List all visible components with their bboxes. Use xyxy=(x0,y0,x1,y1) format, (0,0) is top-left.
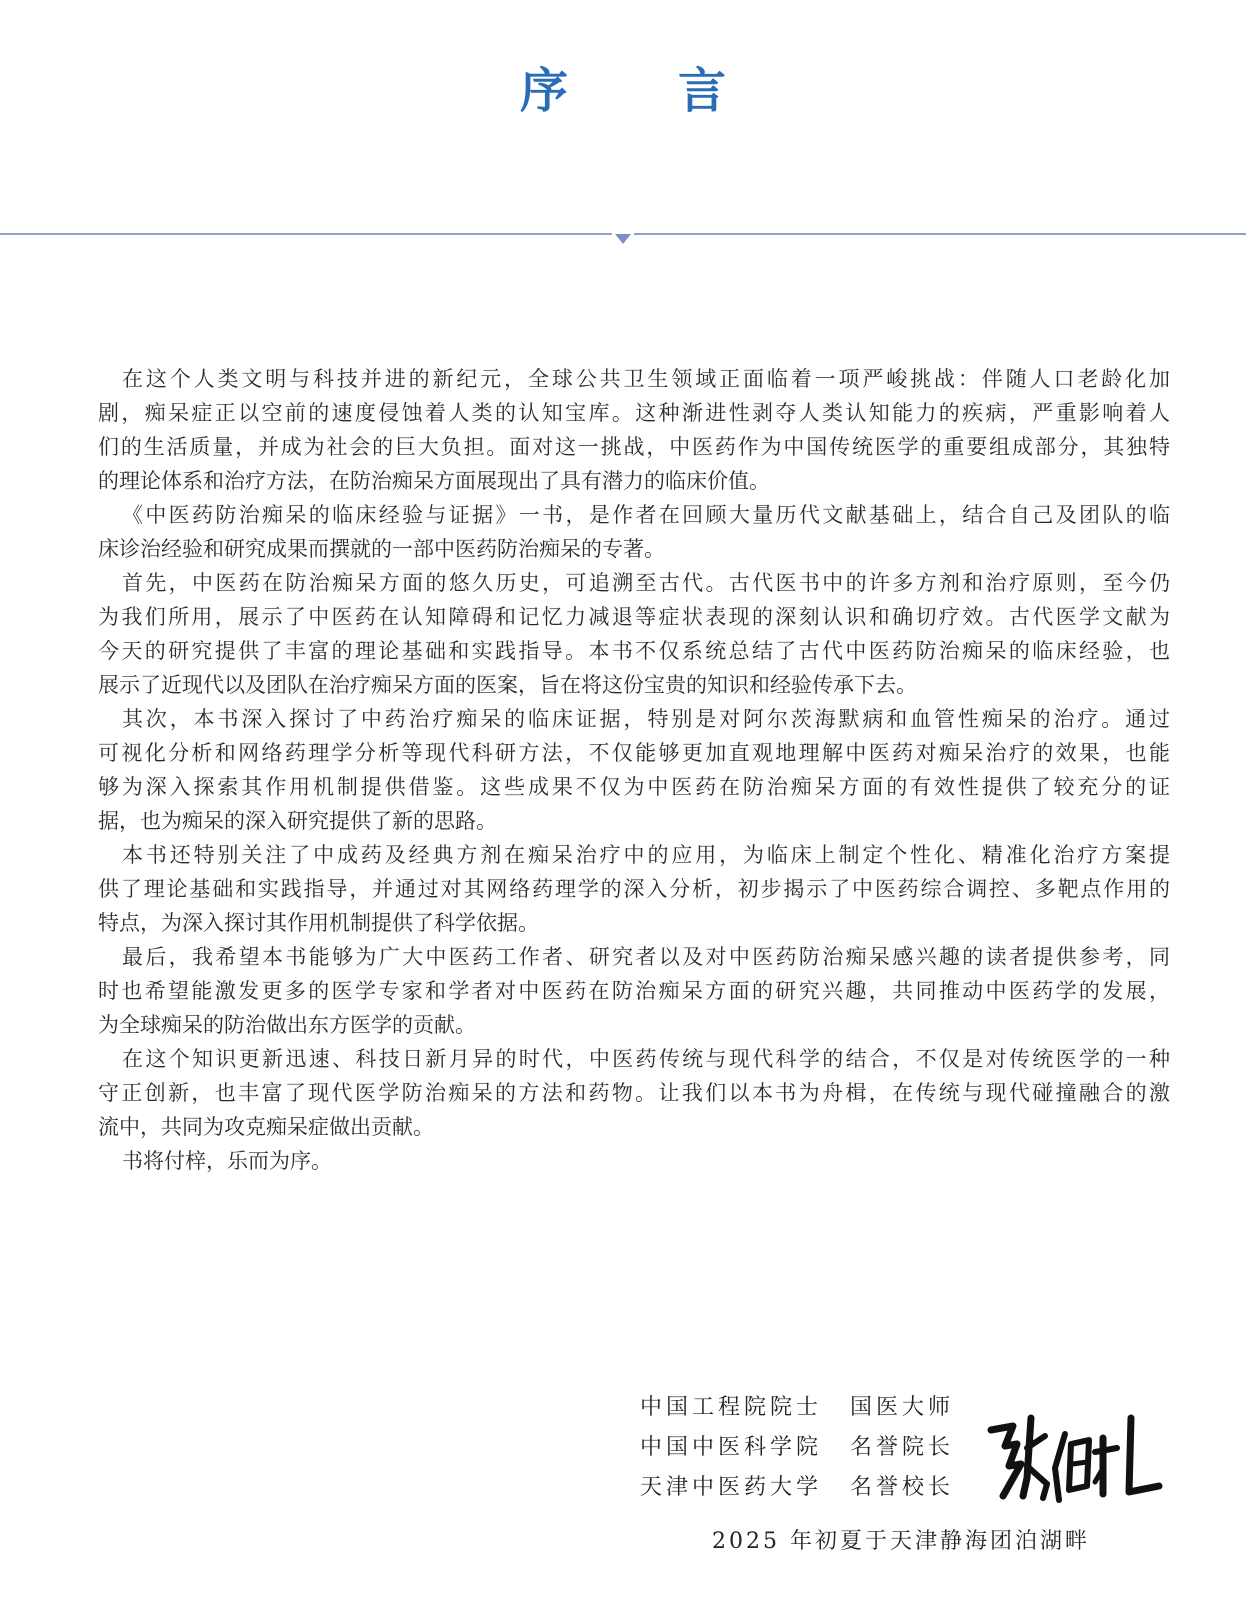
handwritten-signature: 張伯礼 xyxy=(983,1408,1163,1508)
text-line: 可视化分析和网络药理学分析等现代科研方法，不仅能够更加直观地理解中医药对痴呆治疗… xyxy=(98,736,1170,770)
text-line: 《中医药防治痴呆的临床经验与证据》一书，是作者在回顾大量历代文献基础上，结合自己… xyxy=(98,498,1170,532)
text-line: 据，也为痴呆的深入研究提供了新的思路。 xyxy=(98,804,1170,838)
text-line: 今天的研究提供了丰富的理论基础和实践指导。本书不仅系统总结了古代中医药防治痴呆的… xyxy=(98,634,1170,668)
text-line: 展示了近现代以及团队在治疗痴呆方面的医案，旨在将这份宝贵的知识和经验传承下去。 xyxy=(98,668,1170,702)
text-line: 流中，共同为攻克痴呆症做出贡献。 xyxy=(98,1110,1170,1144)
credential-role: 名誉校长 xyxy=(850,1468,954,1508)
text-line: 最后，我希望本书能够为广大中医药工作者、研究者以及对中医药防治痴呆感兴趣的读者提… xyxy=(98,940,1170,974)
preface-body: 在这个人类文明与科技并进的新纪元，全球公共卫生领域正面临着一项严峻挑战：伴随人口… xyxy=(98,362,1170,1178)
triangle-down-icon xyxy=(615,234,631,244)
date-place-line: 2025 年初夏于天津静海团泊湖畔 xyxy=(712,1524,1090,1555)
page-title: 序言 xyxy=(0,52,1246,121)
divider-line-left xyxy=(0,233,612,235)
credential-org: 中国中医科学院 xyxy=(640,1428,850,1468)
text-line: 本书还特别关注了中成药及经典方剂在痴呆治疗中的应用，为临床上制定个性化、精准化治… xyxy=(98,838,1170,872)
text-line: 特点，为深入探讨其作用机制提供了科学依据。 xyxy=(98,906,1170,940)
text-line: 为我们所用，展示了中医药在认知障碍和记忆力减退等症状表现的深刻认识和确切疗效。古… xyxy=(98,600,1170,634)
text-line: 的理论体系和治疗方法，在防治痴呆方面展现出了具有潜力的临床价值。 xyxy=(98,464,1170,498)
text-line: 在这个知识更新迅速、科技日新月异的时代，中医药传统与现代科学的结合，不仅是对传统… xyxy=(98,1042,1170,1076)
text-line: 守正创新，也丰富了现代医学防治痴呆的方法和药物。让我们以本书为舟楫，在传统与现代… xyxy=(98,1076,1170,1110)
text-line: 供了理论基础和实践指导，并通过对其网络药理学的深入分析，初步揭示了中医药综合调控… xyxy=(98,872,1170,906)
credential-org: 中国工程院院士 xyxy=(640,1388,850,1428)
title-char-1: 序 xyxy=(520,52,568,121)
credential-role: 名誉院长 xyxy=(850,1428,954,1468)
text-line: 时也希望能激发更多的医学专家和学者对中医药在防治痴呆方面的研究兴趣，共同推动中医… xyxy=(98,974,1170,1008)
credential-org: 天津中医药大学 xyxy=(640,1468,850,1508)
title-divider xyxy=(0,233,1246,235)
text-line: 其次，本书深入探讨了中药治疗痴呆的临床证据，特别是对阿尔茨海默病和血管性痴呆的治… xyxy=(98,702,1170,736)
text-line: 书将付梓，乐而为序。 xyxy=(98,1144,1170,1178)
text-line: 们的生活质量，并成为社会的巨大负担。面对这一挑战，中医药作为中国传统医学的重要组… xyxy=(98,430,1170,464)
text-line: 为全球痴呆的防治做出东方医学的贡献。 xyxy=(98,1008,1170,1042)
title-char-2: 言 xyxy=(678,52,726,121)
text-line: 够为深入探索其作用机制提供借鉴。这些成果不仅为中医药在防治痴呆方面的有效性提供了… xyxy=(98,770,1170,804)
divider-line-right xyxy=(634,233,1246,235)
text-line: 首先，中医药在防治痴呆方面的悠久历史，可追溯至古代。古代医书中的许多方剂和治疗原… xyxy=(98,566,1170,600)
text-line: 在这个人类文明与科技并进的新纪元，全球公共卫生领域正面临着一项严峻挑战：伴随人口… xyxy=(98,362,1170,396)
text-line: 剧，痴呆症正以空前的速度侵蚀着人类的认知宝库。这种渐进性剥夺人类认知能力的疾病，… xyxy=(98,396,1170,430)
text-line: 床诊治经验和研究成果而撰就的一部中医药防治痴呆的专著。 xyxy=(98,532,1170,566)
credential-role: 国医大师 xyxy=(850,1388,954,1428)
